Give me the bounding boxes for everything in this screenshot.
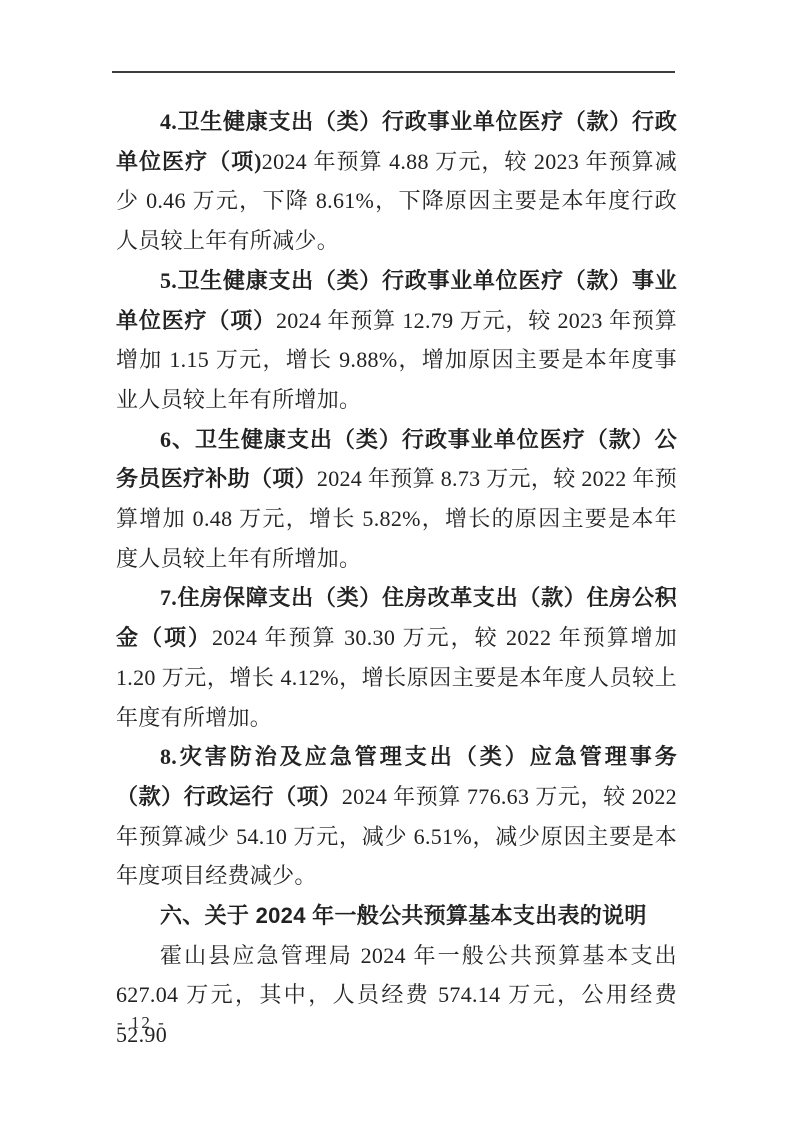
budget-paragraph-6: 6、卫生健康支出（类）行政事业单位医疗（款）公务员医疗补助（项）2024 年预算…: [116, 420, 677, 579]
section-heading: 六、关于 2024 年一般公共预算基本支出表的说明: [116, 896, 677, 936]
document-body: 4.卫生健康支出（类）行政事业单位医疗（款）行政单位医疗（项)2024 年预算 …: [116, 102, 677, 1055]
page-number: - 12 -: [117, 1013, 166, 1033]
budget-paragraph-7: 7.住房保障支出（类）住房改革支出（款）住房公积金（项）2024 年预算 30.…: [116, 578, 677, 737]
budget-paragraph-5: 5.卫生健康支出（类）行政事业单位医疗（款）事业单位医疗（项）2024 年预算 …: [116, 261, 677, 420]
document-page: 4.卫生健康支出（类）行政事业单位医疗（款）行政单位医疗（项)2024 年预算 …: [0, 0, 793, 1122]
budget-paragraph-8: 8.灾害防治及应急管理支出（类）应急管理事务（款）行政运行（项）2024 年预算…: [116, 737, 677, 896]
header-divider: [112, 71, 675, 73]
closing-paragraph: 霍山县应急管理局 2024 年一般公共预算基本支出 627.04 万元，其中，人…: [116, 936, 677, 1055]
budget-paragraph-4: 4.卫生健康支出（类）行政事业单位医疗（款）行政单位医疗（项)2024 年预算 …: [116, 102, 677, 261]
